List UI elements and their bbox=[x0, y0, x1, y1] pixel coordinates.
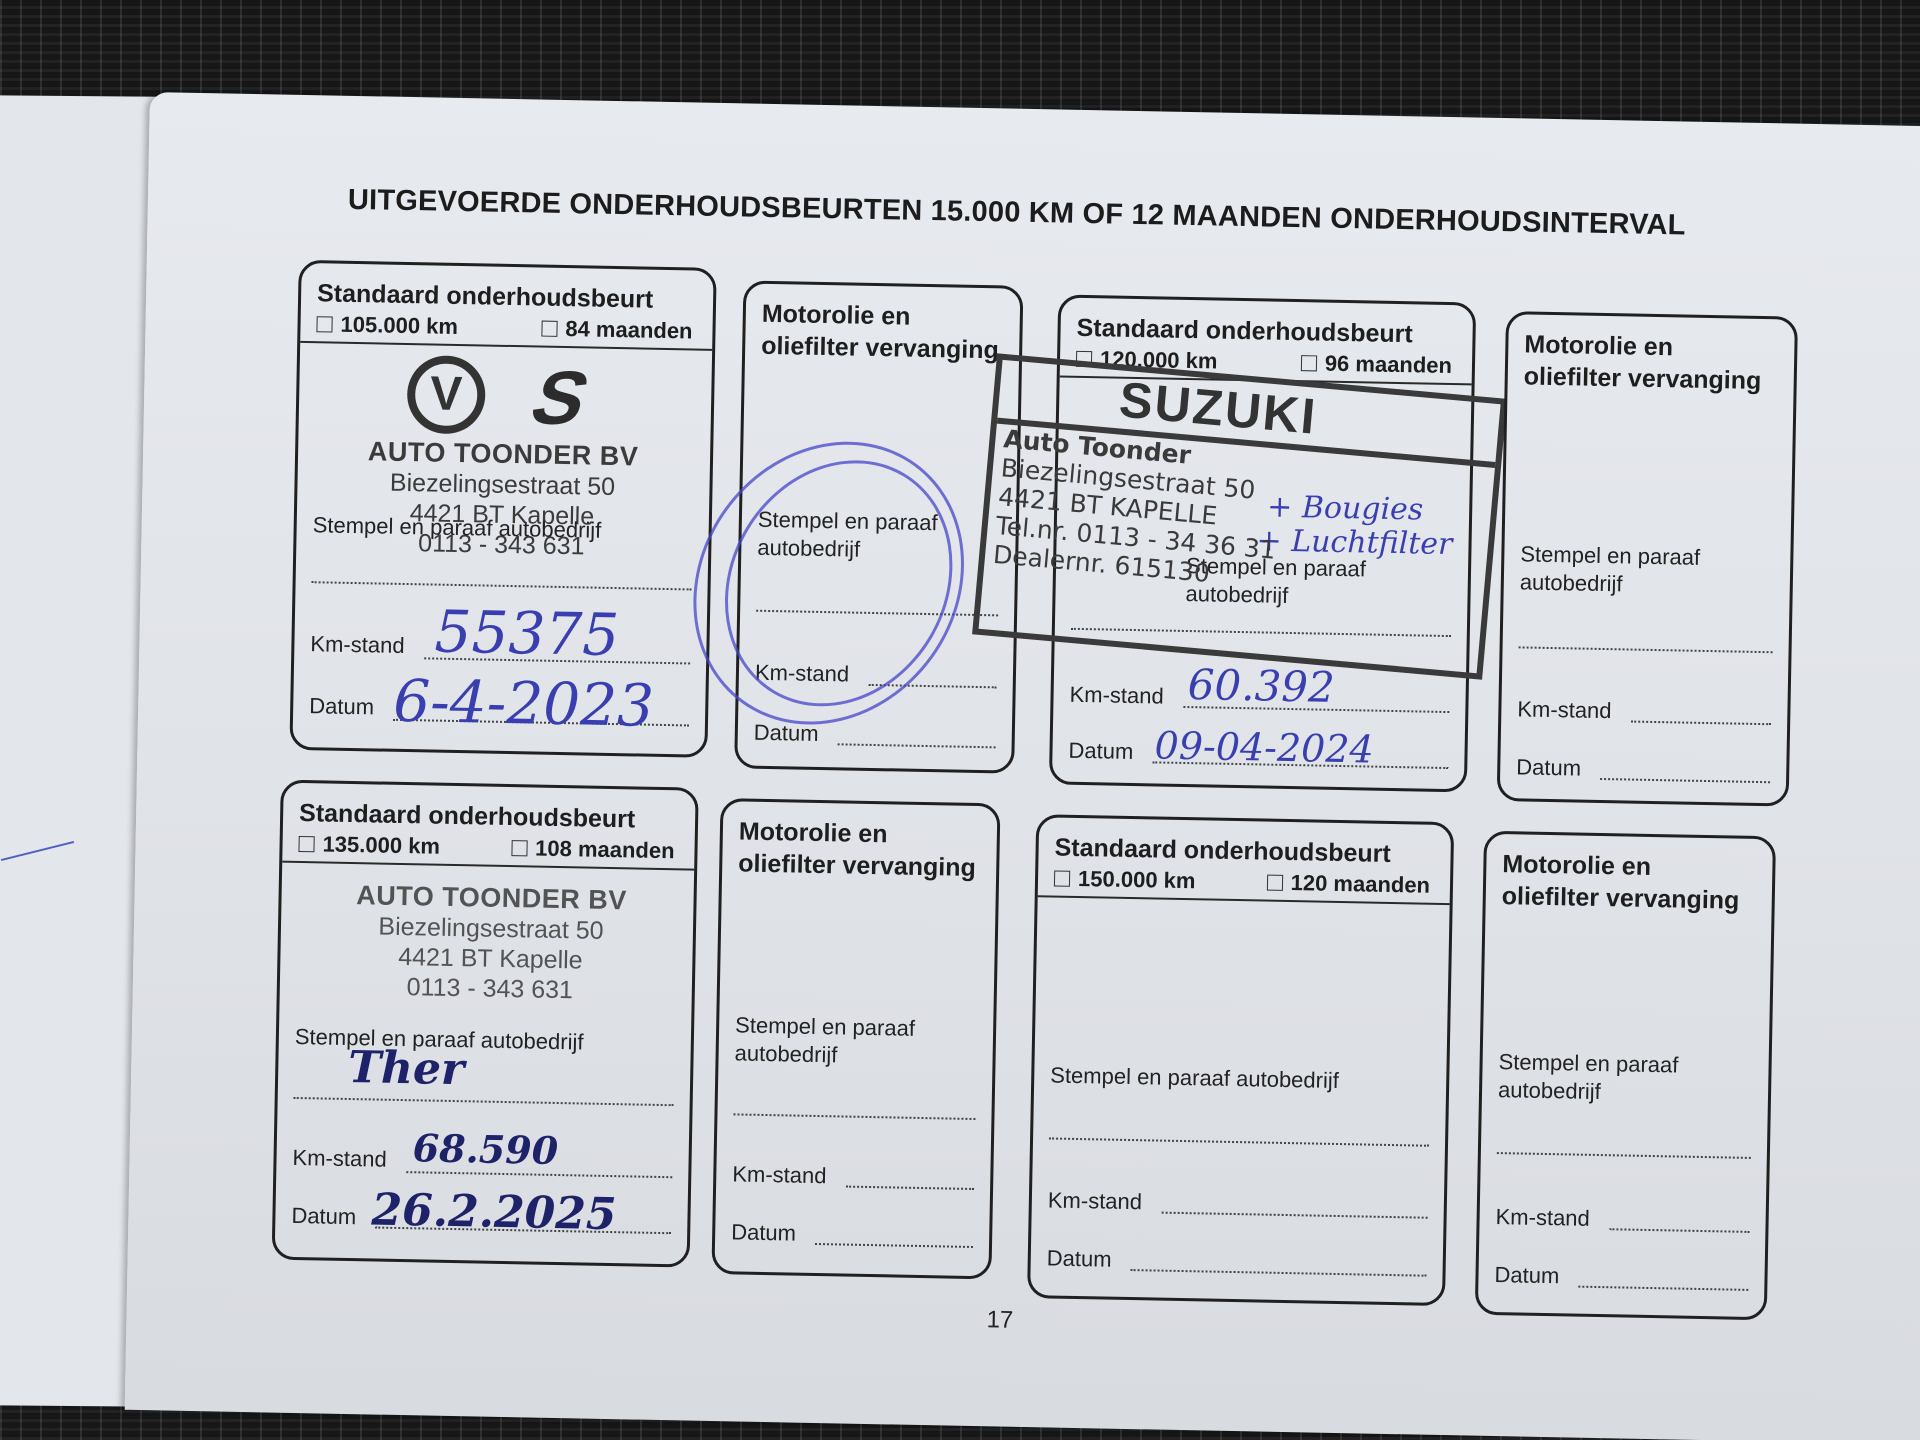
entry-card-standard-135000: Standaard onderhoudsbeurt 135.000 km 108… bbox=[272, 780, 699, 1268]
km-label: Km-stand bbox=[732, 1161, 827, 1189]
checkbox-months[interactable] bbox=[1266, 875, 1282, 891]
datum-field[interactable] bbox=[815, 1243, 973, 1248]
card-title-line1: Motorolie en bbox=[1486, 834, 1773, 885]
checkbox-months[interactable] bbox=[541, 321, 557, 337]
datum-value: 6-4-2023 bbox=[393, 667, 655, 740]
checkbox-km[interactable] bbox=[316, 316, 332, 332]
signature-line[interactable] bbox=[312, 581, 692, 590]
signature-line[interactable] bbox=[1049, 1137, 1429, 1146]
datum-value: 09-04-2024 bbox=[1154, 723, 1374, 771]
datum-field[interactable] bbox=[838, 743, 996, 748]
suzuki-s-logo-icon: S bbox=[505, 357, 615, 440]
datum-field[interactable] bbox=[1600, 778, 1770, 783]
km-interval: 135.000 km bbox=[298, 831, 440, 860]
entry-card-standard-150000: Standaard onderhoudsbeurt 150.000 km 120… bbox=[1027, 814, 1454, 1306]
datum-label: Datum bbox=[309, 693, 374, 720]
stempel-label-line2: autobedrijf bbox=[1498, 1076, 1601, 1106]
km-field[interactable] bbox=[1162, 1212, 1428, 1219]
checkbox-km[interactable] bbox=[298, 836, 314, 852]
stempel-label-line1: Stempel en paraaf bbox=[1520, 540, 1700, 571]
entry-card-oil-3: Motorolie en oliefilter vervanging Stemp… bbox=[711, 798, 1000, 1279]
suzuki-dealer-stamp: SUZUKI Auto Toonder Biezelingsestraat 50… bbox=[972, 353, 1507, 679]
entry-card-standard-105000: Standaard onderhoudsbeurt 105.000 km 84 … bbox=[289, 260, 716, 758]
datum-field[interactable] bbox=[1578, 1286, 1748, 1291]
km-label: Km-stand bbox=[1048, 1187, 1143, 1215]
page-title: UITGEVOERDE ONDERHOUDSBEURTEN 15.000 KM … bbox=[348, 184, 1768, 244]
card-title-line1: Motorolie en bbox=[1508, 314, 1795, 365]
card-title-line2: oliefilter vervanging bbox=[722, 847, 997, 884]
km-label: Km-stand bbox=[1517, 696, 1612, 724]
km-field[interactable] bbox=[1631, 721, 1771, 726]
signature-value: Ther bbox=[348, 1042, 465, 1095]
card-title: Standaard onderhoudsbeurt bbox=[1038, 817, 1451, 871]
stempel-label: Stempel en paraaf autobedrijf bbox=[1050, 1061, 1339, 1095]
datum-field[interactable] bbox=[1131, 1269, 1427, 1277]
datum-label: Datum bbox=[1516, 754, 1581, 781]
km-stand-value: 55375 bbox=[434, 598, 620, 670]
card-title-line1: Motorolie en bbox=[723, 801, 998, 852]
month-interval: 108 maanden bbox=[511, 835, 675, 864]
km-label: Km-stand bbox=[292, 1145, 387, 1173]
datum-value: 26.2.2025 bbox=[371, 1184, 617, 1240]
km-field[interactable] bbox=[846, 1186, 974, 1190]
km-label: Km-stand bbox=[310, 631, 405, 659]
stempel-label: Stempel en paraaf autobedrijf bbox=[312, 511, 601, 545]
km-label: Km-stand bbox=[1069, 682, 1164, 710]
logbook-page: UITGEVOERDE ONDERHOUDSBEURTEN 15.000 KM … bbox=[125, 92, 1920, 1440]
km-stand-value: 60.392 bbox=[1187, 660, 1335, 712]
checkbox-km[interactable] bbox=[1054, 871, 1070, 887]
page-number: 17 bbox=[986, 1306, 1013, 1335]
datum-label: Datum bbox=[1494, 1262, 1559, 1289]
card-title-line2: oliefilter vervanging bbox=[1486, 880, 1773, 917]
stamp-street: Biezelingsestraat 50 bbox=[341, 911, 642, 947]
stamp-phone: 0113 - 343 631 bbox=[340, 971, 641, 1007]
month-interval: 120 maanden bbox=[1266, 870, 1430, 899]
card-title-line2: oliefilter vervanging bbox=[1507, 360, 1794, 397]
signature-scribble-inner bbox=[680, 418, 997, 749]
card-title-line1: Motorolie en bbox=[746, 283, 1021, 334]
km-stand-value: 68.590 bbox=[412, 1125, 558, 1173]
card-title: Standaard onderhoudsbeurt bbox=[1060, 298, 1473, 352]
stempel-label-line2: autobedrijf bbox=[1520, 568, 1623, 598]
v-logo-icon: V bbox=[407, 355, 486, 434]
dealer-stamp: AUTO TOONDER BV Biezelingsestraat 50 442… bbox=[340, 880, 642, 1007]
checkbox-months[interactable] bbox=[511, 840, 527, 856]
km-label: Km-stand bbox=[1495, 1204, 1590, 1232]
signature-line[interactable] bbox=[733, 1113, 975, 1120]
datum-label: Datum bbox=[1068, 738, 1133, 765]
signature-line[interactable] bbox=[1519, 646, 1773, 653]
month-interval: 96 maanden bbox=[1301, 350, 1453, 379]
datum-label: Datum bbox=[731, 1219, 796, 1246]
stamp-company: AUTO TOONDER BV bbox=[338, 436, 669, 473]
card-title: Standaard onderhoudsbeurt bbox=[301, 263, 714, 317]
entry-card-oil-1: Motorolie en oliefilter vervanging Stemp… bbox=[734, 280, 1023, 773]
card-title: Standaard onderhoudsbeurt bbox=[283, 783, 696, 837]
entry-card-oil-4: Motorolie en oliefilter vervanging Stemp… bbox=[1475, 831, 1776, 1321]
signature-line[interactable] bbox=[294, 1097, 674, 1106]
entry-card-oil-2: Motorolie en oliefilter vervanging Stemp… bbox=[1497, 311, 1798, 807]
km-interval: 150.000 km bbox=[1054, 866, 1196, 895]
card-title-line2: oliefilter vervanging bbox=[745, 329, 1020, 366]
km-field[interactable] bbox=[1609, 1228, 1749, 1233]
signature-line[interactable] bbox=[1497, 1152, 1751, 1159]
stempel-label-line1: Stempel en paraaf bbox=[1498, 1048, 1678, 1079]
datum-label: Datum bbox=[291, 1203, 356, 1230]
km-interval: 105.000 km bbox=[316, 311, 458, 340]
checkbox-months[interactable] bbox=[1301, 355, 1317, 371]
month-interval: 84 maanden bbox=[541, 316, 693, 345]
stempel-label-line1: Stempel en paraaf bbox=[735, 1011, 915, 1042]
datum-label: Datum bbox=[1047, 1245, 1112, 1272]
stempel-label-line2: autobedrijf bbox=[734, 1039, 837, 1069]
